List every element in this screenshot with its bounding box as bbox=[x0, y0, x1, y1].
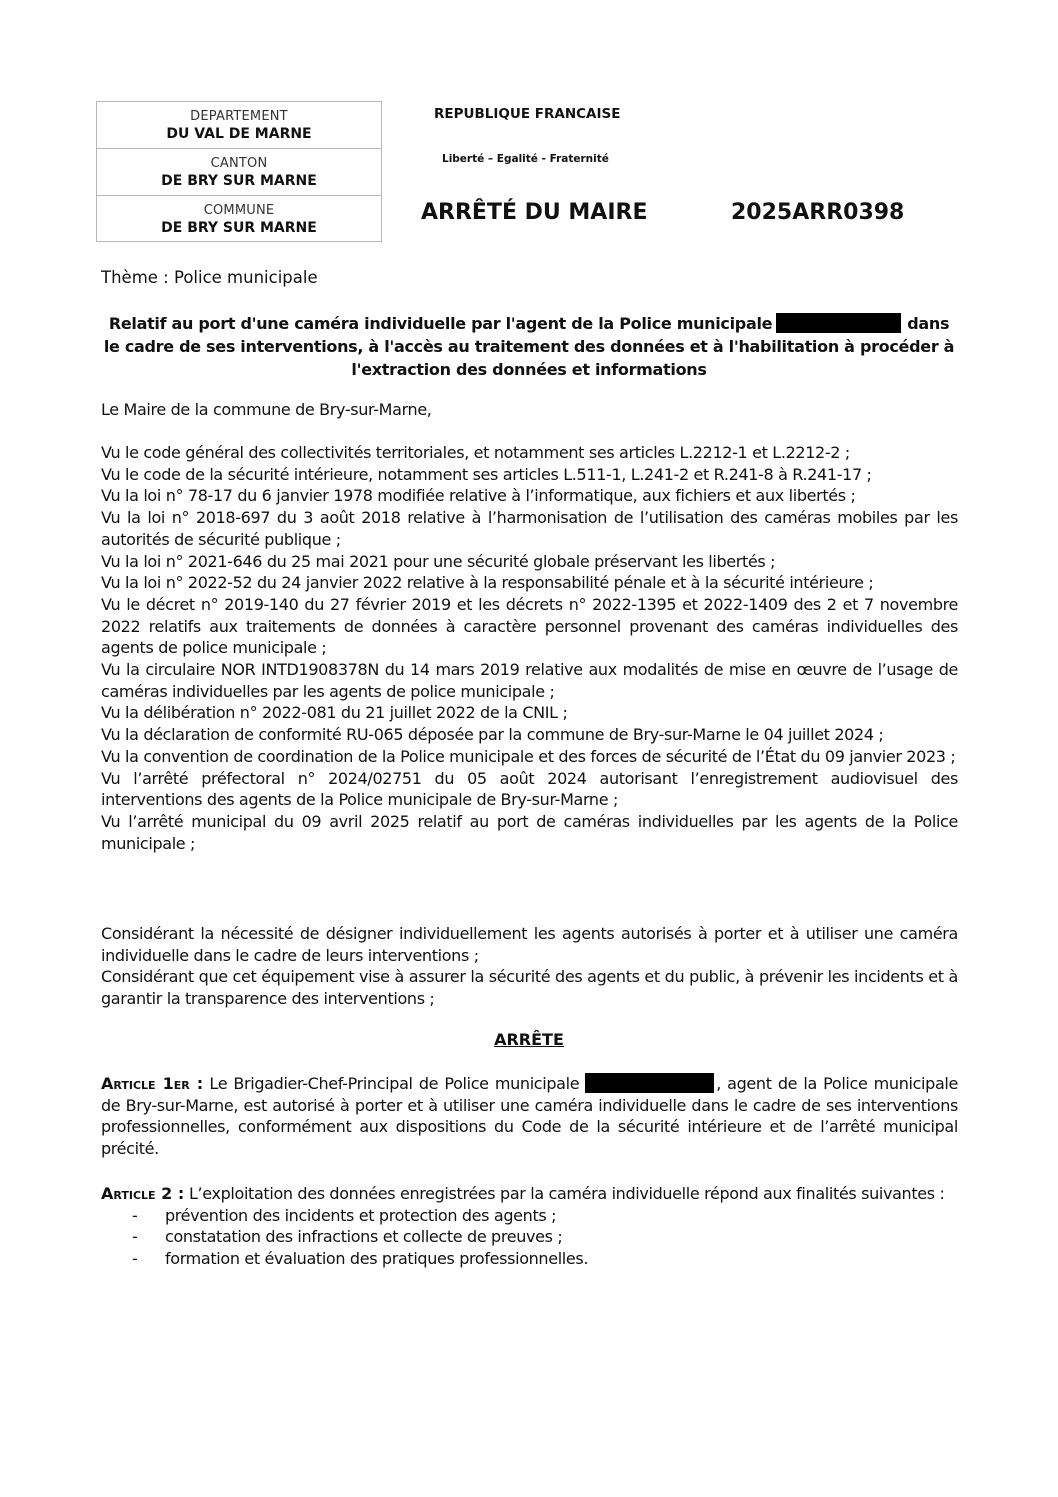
list-item-text: prévention des incidents et protection d… bbox=[165, 1206, 556, 1225]
commune-cell: COMMUNE DE BRY SUR MARNE bbox=[97, 196, 381, 241]
document-number: 2025ARR0398 bbox=[731, 200, 904, 225]
departement-value: DU VAL DE MARNE bbox=[97, 125, 381, 144]
arrete-heading: ARRÊTE bbox=[0, 1030, 1058, 1049]
visa-item: Vu la loi n° 2018-697 du 3 août 2018 rel… bbox=[101, 507, 958, 550]
article-2-bullets: -prévention des incidents et protection … bbox=[101, 1205, 958, 1270]
dash-bullet-icon: - bbox=[132, 1205, 137, 1227]
considerants-list: Considérant la nécessité de désigner ind… bbox=[101, 923, 958, 1010]
subject-part1: Relatif au port d'une caméra individuell… bbox=[109, 314, 772, 333]
visa-item: Vu la loi n° 78-17 du 6 janvier 1978 mod… bbox=[101, 485, 958, 507]
national-motto: Liberté – Egalité - Fraternité bbox=[442, 153, 609, 165]
canton-label: CANTON bbox=[97, 155, 381, 172]
commune-value: DE BRY SUR MARNE bbox=[97, 219, 381, 238]
redacted-agent-name bbox=[776, 313, 901, 333]
canton-value: DE BRY SUR MARNE bbox=[97, 172, 381, 191]
subject-heading: Relatif au port d'une caméra individuell… bbox=[101, 312, 957, 381]
article-1-label: Article 1er : bbox=[101, 1074, 203, 1093]
visas-list: Vu le code général des collectivités ter… bbox=[101, 442, 958, 854]
intro-line: Le Maire de la commune de Bry-sur-Marne, bbox=[101, 399, 958, 421]
list-item: -constatation des infractions et collect… bbox=[101, 1226, 958, 1248]
visa-item: Vu l’arrêté préfectoral n° 2024/02751 du… bbox=[101, 768, 958, 811]
article-2-text: L’exploitation des données enregistrées … bbox=[189, 1184, 945, 1203]
list-item: -formation et évaluation des pratiques p… bbox=[101, 1248, 958, 1270]
republique-heading: REPUBLIQUE FRANCAISE bbox=[434, 106, 620, 122]
list-item: -prévention des incidents et protection … bbox=[101, 1205, 958, 1227]
visa-item: Vu la délibération n° 2022-081 du 21 jui… bbox=[101, 702, 958, 724]
document-title: ARRÊTÉ DU MAIRE bbox=[421, 200, 648, 225]
article-1-text-before: Le Brigadier-Chef-Principal de Police mu… bbox=[209, 1074, 579, 1093]
redacted-agent-name bbox=[585, 1073, 714, 1093]
list-item-text: formation et évaluation des pratiques pr… bbox=[165, 1249, 588, 1268]
article-2-label: Article 2 : bbox=[101, 1184, 184, 1203]
canton-cell: CANTON DE BRY SUR MARNE bbox=[97, 149, 381, 196]
list-item-text: constatation des infractions et collecte… bbox=[165, 1227, 562, 1246]
considerant-item: Considérant que cet équipement vise à as… bbox=[101, 966, 958, 1009]
visa-item: Vu la déclaration de conformité RU-065 d… bbox=[101, 724, 958, 746]
dash-bullet-icon: - bbox=[132, 1226, 137, 1248]
visa-item: Vu la loi n° 2021-646 du 25 mai 2021 pou… bbox=[101, 551, 958, 573]
departement-cell: DEPARTEMENT DU VAL DE MARNE bbox=[97, 102, 381, 149]
article-2: Article 2 : L’exploitation des données e… bbox=[101, 1183, 958, 1270]
commune-label: COMMUNE bbox=[97, 202, 381, 219]
visa-item: Vu la circulaire NOR INTD1908378N du 14 … bbox=[101, 659, 958, 702]
visa-item: Vu la loi n° 2022-52 du 24 janvier 2022 … bbox=[101, 572, 958, 594]
visa-item: Vu l’arrêté municipal du 09 avril 2025 r… bbox=[101, 811, 958, 854]
visa-item: Vu la convention de coordination de la P… bbox=[101, 746, 958, 768]
considerant-item: Considérant la nécessité de désigner ind… bbox=[101, 923, 958, 966]
visa-item: Vu le code de la sécurité intérieure, no… bbox=[101, 464, 958, 486]
dash-bullet-icon: - bbox=[132, 1248, 137, 1270]
administrative-header-box: DEPARTEMENT DU VAL DE MARNE CANTON DE BR… bbox=[96, 101, 382, 242]
article-1: Article 1er : Le Brigadier-Chef-Principa… bbox=[101, 1073, 958, 1160]
theme-line: Thème : Police municipale bbox=[101, 268, 318, 287]
visa-item: Vu le code général des collectivités ter… bbox=[101, 442, 958, 464]
departement-label: DEPARTEMENT bbox=[97, 108, 381, 125]
visa-item: Vu le décret n° 2019-140 du 27 février 2… bbox=[101, 594, 958, 659]
